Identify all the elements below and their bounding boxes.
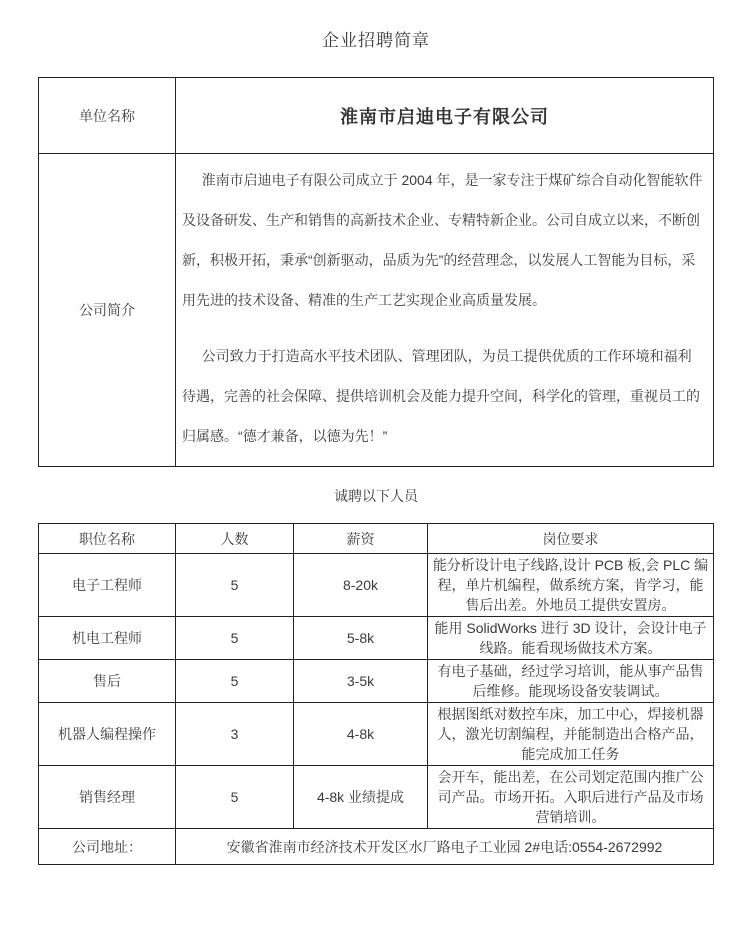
company-profile-label: 公司简介 [39, 154, 176, 467]
table-row: 机电工程师 5 5-8k 能用 SolidWorks 进行 3D 设计，会设计电… [39, 617, 714, 660]
job-count: 5 [176, 660, 294, 703]
column-header-requirements: 岗位要求 [428, 524, 714, 554]
job-requirements: 根据图纸对数控车床，加工中心，焊接机器人，激光切割编程，并能制造出合格产品，能完… [428, 703, 714, 766]
job-count: 5 [176, 617, 294, 660]
column-header-count: 人数 [176, 524, 294, 554]
table-row: 售后 5 3-5k 有电子基础，经过学习培训，能从事产品售后维修。能现场设备安装… [39, 660, 714, 703]
company-address-value: 安徽省淮南市经济技术开发区水厂路电子工业园 2#电话:0554-2672992 [176, 829, 714, 865]
table-row: 电子工程师 5 8-20k 能分析设计电子线路,设计 PCB 板,会 PLC 编… [39, 554, 714, 617]
jobs-table-header-row: 职位名称 人数 薪资 岗位要求 [39, 524, 714, 554]
document-page: 企业招聘简章 单位名称 淮南市启迪电子有限公司 公司简介 淮南市启迪电子有限公司… [0, 0, 752, 865]
unit-name-label: 单位名称 [39, 78, 176, 154]
job-requirements: 能分析设计电子线路,设计 PCB 板,会 PLC 编程，单片机编程，做系统方案，… [428, 554, 714, 617]
job-count: 5 [176, 766, 294, 829]
job-requirements: 能用 SolidWorks 进行 3D 设计，会设计电子线路。能看现场做技术方案… [428, 617, 714, 660]
section-subtitle: 诚聘以下人员 [38, 486, 714, 506]
job-requirements: 有电子基础，经过学习培训，能从事产品售后维修。能现场设备安装调试。 [428, 660, 714, 703]
company-name-value: 淮南市启迪电子有限公司 [176, 78, 714, 154]
company-profile-text: 淮南市启迪电子有限公司成立于 2004 年，是一家专注于煤矿综合自动化智能软件及… [176, 154, 714, 467]
job-salary: 4-8k [294, 703, 428, 766]
column-header-salary: 薪资 [294, 524, 428, 554]
job-position: 售后 [39, 660, 176, 703]
profile-paragraph-2: 公司致力于打造高水平技术团队、管理团队，为员工提供优质的工作环境和福利待遇，完善… [182, 336, 705, 456]
job-position: 电子工程师 [39, 554, 176, 617]
job-salary: 3-5k [294, 660, 428, 703]
column-header-position: 职位名称 [39, 524, 176, 554]
job-salary: 8-20k [294, 554, 428, 617]
table-row: 单位名称 淮南市启迪电子有限公司 [39, 78, 714, 154]
job-salary: 4-8k 业绩提成 [294, 766, 428, 829]
job-count: 5 [176, 554, 294, 617]
table-row: 销售经理 5 4-8k 业绩提成 会开车，能出差，在公司划定范围内推广公司产品。… [39, 766, 714, 829]
job-salary: 5-8k [294, 617, 428, 660]
page-title: 企业招聘简章 [38, 26, 714, 51]
table-row: 公司简介 淮南市启迪电子有限公司成立于 2004 年，是一家专注于煤矿综合自动化… [39, 154, 714, 467]
job-requirements: 会开车，能出差，在公司划定范围内推广公司产品。市场开拓。入职后进行产品及市场营销… [428, 766, 714, 829]
profile-paragraph-1: 淮南市启迪电子有限公司成立于 2004 年，是一家专注于煤矿综合自动化智能软件及… [182, 160, 705, 320]
job-count: 3 [176, 703, 294, 766]
jobs-table: 职位名称 人数 薪资 岗位要求 电子工程师 5 8-20k 能分析设计电子线路,… [38, 523, 714, 865]
job-position: 机器人编程操作 [39, 703, 176, 766]
company-address-row: 公司地址： 安徽省淮南市经济技术开发区水厂路电子工业园 2#电话:0554-26… [39, 829, 714, 865]
job-position: 机电工程师 [39, 617, 176, 660]
company-info-table: 单位名称 淮南市启迪电子有限公司 公司简介 淮南市启迪电子有限公司成立于 200… [38, 77, 714, 467]
table-row: 机器人编程操作 3 4-8k 根据图纸对数控车床，加工中心，焊接机器人，激光切割… [39, 703, 714, 766]
company-address-label: 公司地址： [39, 829, 176, 865]
job-position: 销售经理 [39, 766, 176, 829]
